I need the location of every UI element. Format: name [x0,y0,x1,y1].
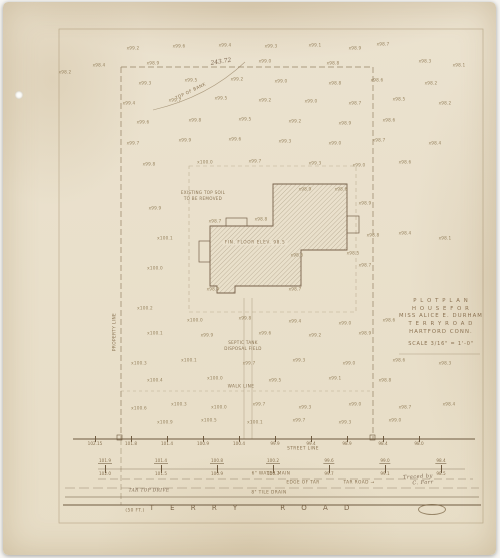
spot-elevation: x98.6 [291,253,304,258]
spot-elevation: x99.7 [243,361,256,366]
spot-elevation: x99.3 [309,161,322,166]
spot-elevation: x99.1 [329,376,342,381]
spot-elevation: x99.3 [139,81,152,86]
spot-elevation: x100.1 [147,331,163,336]
title-line-2: H O U S E F O R [399,306,483,314]
spot-elevation: x99.3 [293,358,306,363]
spot-elevation: x99.5 [215,96,228,101]
spot-elevation: x99.4 [219,43,232,48]
spot-elevation: x99.9 [179,138,192,143]
title-line-1: P L O T P L A N [399,298,483,306]
spot-elevation: x98.2 [59,70,72,75]
spot-elevation: x100.1 [181,358,197,363]
spot-elevation: x98.2 [425,81,438,86]
spot-elevation: x98.8 [255,217,268,222]
profile-value-above: 99.0 [379,458,390,464]
road-name-word2: R O A D [280,504,356,512]
spot-elevation: x100.0 [147,266,163,271]
spot-elevation: x98.6 [393,358,406,363]
septic-note-line1: SEPTIC TANK [224,340,262,346]
profile-value-above: 101.4 [154,458,168,464]
existing-note-line2: TO BE REMOVED [181,196,225,202]
street-station-value: 100.4 [233,441,245,446]
profile-value-below: 99.7 [324,471,333,476]
spot-elevation: x99.8 [239,316,252,321]
title-line-4: T E R R Y R O A D [399,321,483,329]
spot-elevation: x99.2 [289,119,302,124]
spot-elevation: x99.1 [309,43,322,48]
spot-elevation: x98.6 [399,160,412,165]
spot-elevation: x99.5 [239,117,252,122]
spot-elevation: x98.3 [439,361,452,366]
spot-elevation: x100.9 [157,420,173,425]
spot-elevation: x98.6 [335,187,348,192]
street-station-value: 98.0 [414,441,423,446]
title-block: P L O T P L A N H O U S E F O R MISS ALI… [399,298,483,347]
profile-value-below: 100.9 [211,471,223,476]
profile-value-below: 98.5 [436,471,445,476]
spot-elevation: x99.6 [229,137,242,142]
corner-monument-right [370,435,375,440]
spot-elevation: x99.2 [127,46,140,51]
spot-elevation: x98.4 [443,402,456,407]
street-station-value: 98.4 [378,441,387,446]
spot-elevation: x99.7 [253,402,266,407]
spot-elevation: x98.7 [209,219,222,224]
profile-value-above: 100.8 [210,458,224,464]
septic-note: SEPTIC TANK DISPOSAL FIELD [224,340,262,351]
existing-note: EXISTING TOP SOIL TO BE REMOVED [181,190,225,201]
spot-elevation: x98.4 [399,231,412,236]
street-station-value: 98.9 [342,441,351,446]
property-boundary-line [121,67,373,439]
spot-elevation: x98.5 [393,97,406,102]
spot-elevation: x98.7 [373,138,386,143]
spot-elevation: x98.4 [93,63,106,68]
spot-elevation: x99.6 [259,331,272,336]
street-station-value: 99.9 [270,441,279,446]
spot-elevation: x99.0 [275,79,288,84]
spot-elevation: x98.8 [329,81,342,86]
spot-elevation: x99.0 [353,163,366,168]
spot-elevation: x100.5 [201,418,217,423]
scale-note: SCALE 3/16" = 1'-0" [399,341,483,347]
spot-elevation: x99.3 [299,405,312,410]
walk-line-label: WALK LINE [228,384,255,389]
spot-elevation: x99.9 [149,206,162,211]
top-of-bank-label: TOP OF BANK [175,82,207,102]
spot-elevation: x99.0 [389,418,402,423]
spot-elevation: x98.7 [377,42,390,47]
spot-elevation: x99.0 [259,59,272,64]
property-line-label: PROPERTY LINE [112,313,117,351]
spot-elevation: x99.7 [249,159,262,164]
spot-elevation: x99.0 [329,141,342,146]
street-station-value: 99.4 [306,441,315,446]
scanned-plot-plan-page: { "title_block": { "lines": ["P L O T P … [0,0,500,558]
street-station-value: 100.9 [197,441,209,446]
spot-elevation: x99.3 [339,420,352,425]
spot-elevation: x99.7 [127,141,140,146]
tar-drive-label: TAR TOP DRIVE [129,488,170,493]
road-name-word1: T E R R Y [150,504,245,512]
spot-elevation: x99.5 [269,378,282,383]
handwritten-dimension: 243.72 [210,57,232,68]
oval-stamp [418,504,446,515]
house-footprint [210,184,347,293]
profile-value-above: 99.6 [323,458,334,464]
profile-value-below: 101.5 [155,471,167,476]
spot-elevation: x98.6 [383,118,396,123]
spot-elevation: x99.2 [231,77,244,82]
spot-elevation: x98.1 [453,63,466,68]
spot-elevation: x99.3 [265,44,278,49]
spot-elevation: x98.9 [359,331,372,336]
water-main-label: 6" WATER MAIN [252,471,291,476]
spot-elevation: x99.3 [279,139,292,144]
spot-elevation: x99.8 [143,162,156,167]
spot-elevation: x98.1 [439,236,452,241]
spot-elevation: x100.0 [187,318,203,323]
spot-elevation: x99.2 [309,333,322,338]
stoop-outline [226,218,247,226]
existing-note-line1: EXISTING TOP SOIL [181,190,225,196]
profile-value-above: 100.2 [266,458,280,464]
street-station-value: 101.8 [125,441,137,446]
spot-elevation: x99.9 [201,333,214,338]
spot-elevation: x98.9 [349,46,362,51]
spot-elevation: x99.0 [339,321,352,326]
punch-hole [15,91,23,99]
street-station-value: 101.4 [161,441,173,446]
title-line-3: MISS ALICE E. DURHAM [399,313,483,321]
spot-elevation: x98.7 [399,405,412,410]
spot-elevation: x98.2 [439,101,452,106]
corner-monument-left [117,435,122,440]
spot-elevation: x100.3 [171,402,187,407]
spot-elevation: x100.1 [157,236,173,241]
bay-outline [347,216,359,233]
street-line-label: STREET LINE [287,446,319,451]
spot-elevation: x99.0 [305,99,318,104]
spot-elevation: x99.6 [137,120,150,125]
spot-elevation: x98.4 [429,141,442,146]
spot-elevation: x98.8 [379,378,392,383]
spot-elevation: x98.8 [367,233,380,238]
profile-value-below: 102.0 [99,471,111,476]
spot-elevation: x98.9 [207,287,220,292]
spot-elevation: x100.1 [247,420,263,425]
profile-value-above: 101.9 [98,458,112,464]
spot-elevation: x98.7 [289,287,302,292]
spot-elevation: x98.9 [147,61,160,66]
porch-outline [199,241,210,262]
spot-elevation: x100.6 [131,406,147,411]
spot-elevation: x98.5 [347,251,360,256]
spot-elevation: x99.5 [185,78,198,83]
septic-note-line2: DISPOSAL FIELD [224,346,262,352]
spot-elevation: x99.4 [123,101,136,106]
floor-elevation-label: FIN. FLOOR ELEV. 98.5 [223,240,288,245]
spot-elevation: x99.4 [289,319,302,324]
spot-elevation: x98.7 [349,101,362,106]
spot-elevation: x99.8 [189,118,202,123]
spot-elevation: x99.0 [349,402,362,407]
spot-elevation: x98.3 [419,59,432,64]
spot-elevation: x98.9 [299,187,312,192]
spot-elevation: x99.0 [343,361,356,366]
title-line-5: HARTFORD CONN. [399,329,483,337]
spot-elevation: x98.9 [359,201,372,206]
spot-elevation: x100.3 [131,361,147,366]
tile-drain-label: 8" TILE DRAIN [251,490,286,495]
street-station-value: 102.15 [88,441,103,446]
profile-value-above: 98.4 [435,458,446,464]
tar-road-label: TAR ROAD → [343,480,374,485]
spot-elevation: x98.6 [371,78,384,83]
spot-elevation: x98.9 [339,121,352,126]
spot-elevation: x100.2 [137,306,153,311]
profile-value-below: 99.1 [380,471,389,476]
spot-elevation: x100.0 [211,405,227,410]
spot-elevation: x98.6 [383,318,396,323]
spot-elevation: x98.8 [327,61,340,66]
spot-elevation: x99.6 [173,44,186,49]
spot-elevation: x99.2 [259,98,272,103]
traced-by-line2: C. Farr [412,479,434,486]
spot-elevation: x100.4 [147,378,163,383]
spot-elevation: x100.0 [207,376,223,381]
spot-elevation: x98.7 [359,263,372,268]
spot-elevation: x100.0 [197,160,213,165]
spot-elevation: x99.7 [293,418,306,423]
aged-paper-sheet: x99.2x99.6x99.4x99.3x99.1x98.9x98.7x98.2… [3,2,496,555]
edge-of-tar-label: EDGE OF TAR [286,480,319,485]
